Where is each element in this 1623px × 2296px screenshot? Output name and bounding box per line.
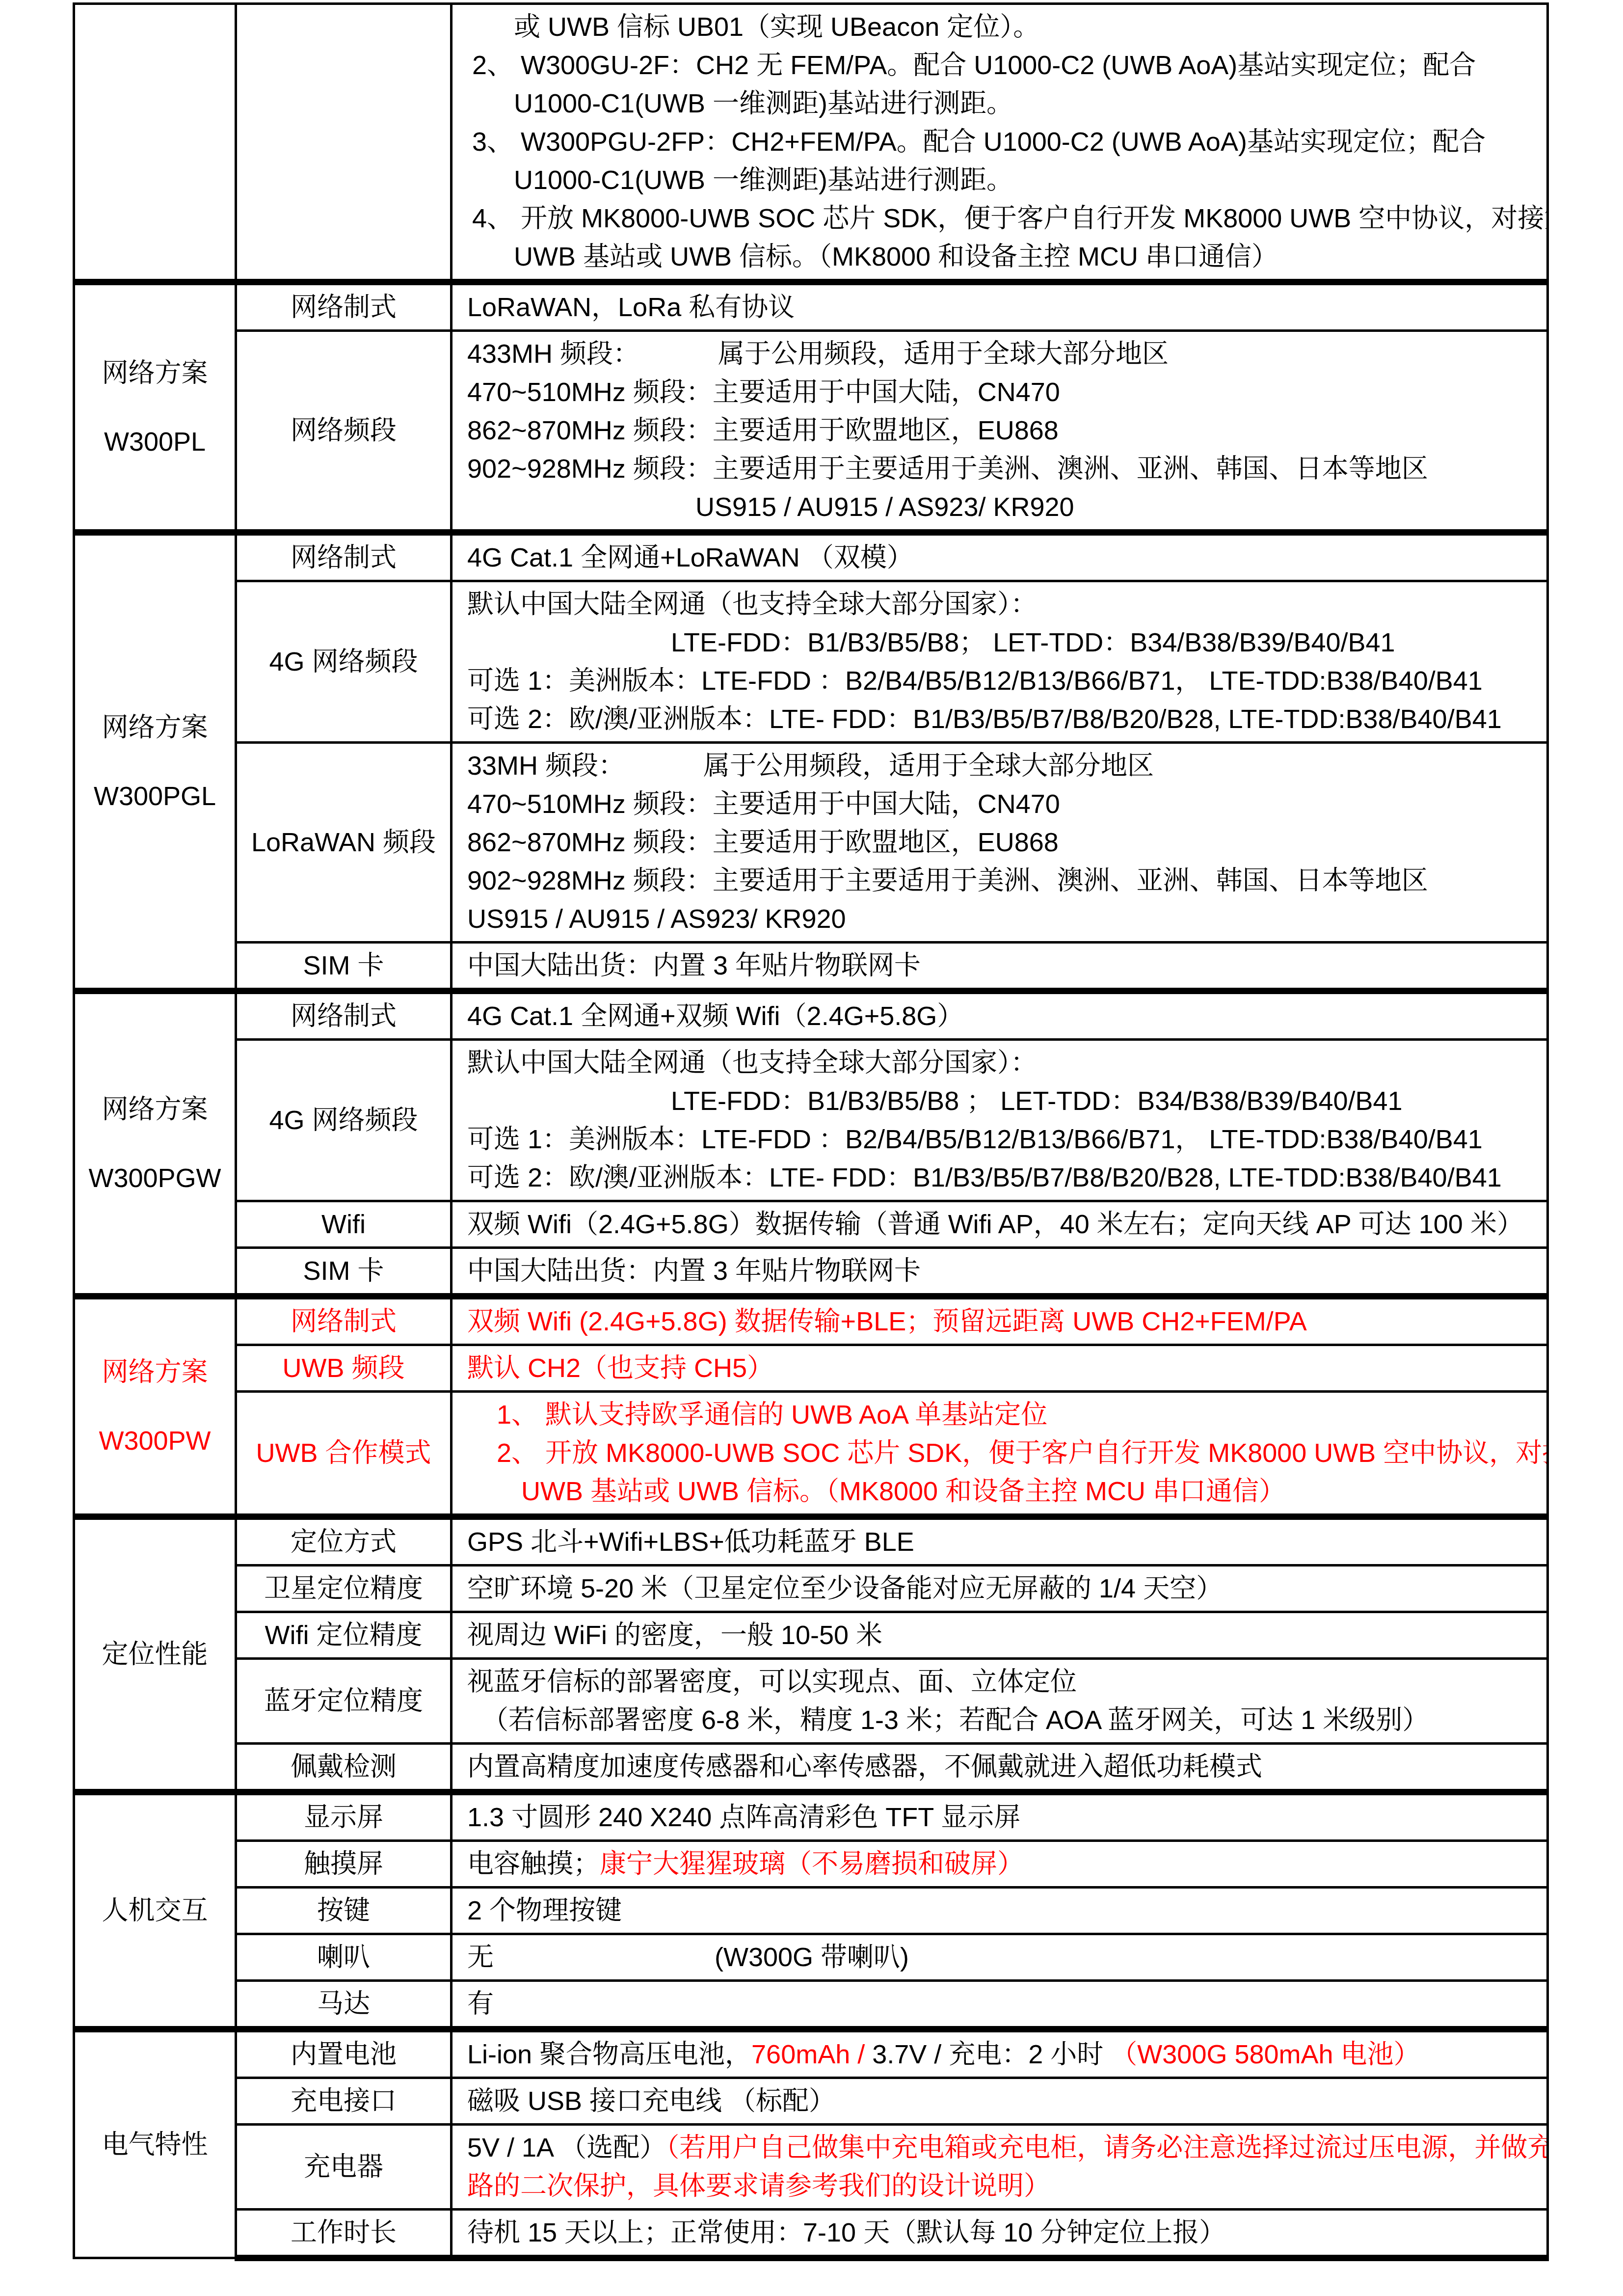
- spec-line: 862~870MHz 频段：主要适用于欧盟地区，EU868: [467, 411, 1535, 450]
- text-segment: 默认 CH2（也支持 CH5）: [467, 1353, 773, 1383]
- table-row: 定位性能定位方式GPS 北斗+Wifi+LBS+低功耗蓝牙 BLE: [74, 1517, 1548, 1566]
- category-label: 电气特性: [78, 2126, 232, 2164]
- text-segment: 有: [467, 1989, 494, 2019]
- spec-label: 网络制式: [236, 533, 452, 581]
- text-segment: U1000-C1(UWB 一维测距)基站进行测距。: [514, 165, 1013, 195]
- text-segment: LoRaWAN，LoRa 私有协议: [467, 293, 795, 322]
- text-segment: U1000-C1(UWB 一维测距)基站进行测距。: [514, 89, 1013, 118]
- table-row: SIM 卡中国大陆出货：内置 3 年贴片物联网卡: [74, 943, 1548, 991]
- spec-value: 待机 15 天以上；正常使用：7-10 天（默认每 10 分钟定位上报）: [452, 2210, 1548, 2258]
- table-row: 佩戴检测内置高精度加速度传感器和心率传感器，不佩戴就进入超低功耗模式: [74, 1744, 1548, 1792]
- spec-line: （若信标部署密度 6-8 米，精度 1-3 米；若配合 AOA 蓝牙网关，可达 …: [467, 1701, 1535, 1739]
- spec-line: 862~870MHz 频段：主要适用于欧盟地区，EU868: [467, 823, 1535, 862]
- spec-line: US915 / AU915 / AS923/ KR920: [467, 488, 1535, 526]
- spec-value: 1.3 寸圆形 240 X240 点阵高清彩色 TFT 显示屏: [452, 1792, 1548, 1841]
- text-segment: US915 / AU915 / AS923/ KR920: [467, 904, 846, 934]
- table-row: 按键2 个物理按键: [74, 1888, 1548, 1934]
- spec-value: 双频 Wifi (2.4G+5.8G) 数据传输+BLE；预留远距离 UWB C…: [452, 1297, 1548, 1345]
- category-label: W300PL: [78, 423, 232, 461]
- spec-label: [236, 4, 452, 282]
- table-row: 工作时长待机 15 天以上；正常使用：7-10 天（默认每 10 分钟定位上报）: [74, 2210, 1548, 2258]
- table-row: Wifi 定位精度视周边 WiFi 的密度，一般 10-50 米: [74, 1612, 1548, 1659]
- table-row: 网络方案W300PL网络制式LoRaWAN，LoRa 私有协议: [74, 282, 1548, 331]
- spec-line: 33MH 频段：属于公用频段，适用于全球大部分地区: [467, 747, 1535, 785]
- spec-value: 或 UWB 信标 UB01（实现 UBeacon 定位）。2、 W300GU-2…: [452, 4, 1548, 282]
- text-segment: 470~510MHz 频段：主要适用于中国大陆，CN470: [467, 378, 1060, 407]
- table-row: UWB 频段默认 CH2（也支持 CH5）: [74, 1345, 1548, 1392]
- text-segment: 视蓝牙信标的部署密度，可以实现点、面、立体定位: [467, 1667, 1077, 1697]
- spec-line: 中国大陆出货：内置 3 年贴片物联网卡: [467, 1252, 1535, 1290]
- text-segment: （W300G 580mAh 电池）: [1111, 2040, 1420, 2069]
- spec-label: 定位方式: [236, 1517, 452, 1566]
- spec-line: 902~928MHz 频段：主要适用于主要适用于美洲、澳洲、亚洲、韩国、日本等地…: [467, 862, 1535, 900]
- spec-table-body: 或 UWB 信标 UB01（实现 UBeacon 定位）。2、 W300GU-2…: [74, 4, 1548, 2258]
- spec-label: LoRaWAN 频段: [236, 743, 452, 943]
- spec-value: 磁吸 USB 接口充电线 （标配）: [452, 2078, 1548, 2125]
- table-row: 4G 网络频段默认中国大陆全网通（也支持全球大部分国家）：LTE-FDD：B1/…: [74, 1040, 1548, 1201]
- spec-value: 默认中国大陆全网通（也支持全球大部分国家）：LTE-FDD：B1/B3/B5/B…: [452, 1040, 1548, 1201]
- document-page: 或 UWB 信标 UB01（实现 UBeacon 定位）。2、 W300GU-2…: [0, 0, 1623, 2296]
- category-cell-w300pgl: 网络方案W300PGL: [74, 533, 236, 991]
- text-segment: LTE-FDD：B1/B3/B5/B8； LET-TDD：B34/B38/B39…: [671, 628, 1395, 657]
- spec-line: 默认 CH2（也支持 CH5）: [467, 1349, 1535, 1387]
- spec-label: 4G 网络频段: [236, 581, 452, 743]
- spec-line: UWB 基站或 UWB 信标。（MK8000 和设备主控 MCU 串口通信）: [467, 238, 1535, 276]
- spec-value: 1、 默认支持欧孚通信的 UWB AoA 单基站定位2、 开放 MK8000-U…: [452, 1392, 1548, 1517]
- text-segment: 2 个物理按键: [467, 1896, 622, 1925]
- text-segment: 可选 2：欧/澳/亚洲版本：LTE- FDD：B1/B3/B5/B7/B8/B2…: [467, 704, 1502, 734]
- text-segment: 中国大陆出货：内置 3 年贴片物联网卡: [467, 951, 921, 980]
- spec-label: 网络制式: [236, 991, 452, 1040]
- text-segment: Li-ion 聚合物高压电池，: [467, 2040, 751, 2069]
- category-label: 定位性能: [78, 1635, 232, 1674]
- text-segment: 4G Cat.1 全网通+LoRaWAN （双模）: [467, 543, 913, 572]
- spec-line: 有: [467, 1985, 1535, 2023]
- text-segment: US915 / AU915 / AS923/ KR920: [695, 492, 1074, 522]
- spec-line: GPS 北斗+Wifi+LBS+低功耗蓝牙 BLE: [467, 1523, 1535, 1561]
- spec-line: 默认中国大陆全网通（也支持全球大部分国家）：: [467, 1044, 1535, 1082]
- text-segment: 470~510MHz 频段：主要适用于中国大陆，CN470: [467, 789, 1060, 819]
- spec-line: U1000-C1(UWB 一维测距)基站进行测距。: [467, 84, 1535, 123]
- spec-line: 视蓝牙信标的部署密度，可以实现点、面、立体定位: [467, 1663, 1535, 1701]
- spec-value: 视蓝牙信标的部署密度，可以实现点、面、立体定位（若信标部署密度 6-8 米，精度…: [452, 1659, 1548, 1744]
- table-row: 触摸屏电容触摸；康宁大猩猩玻璃（不易磨损和破屏）: [74, 1841, 1548, 1888]
- text-segment: 或 UWB 信标 UB01（实现 UBeacon 定位）。: [514, 12, 1039, 42]
- category-label: 人机交互: [78, 1891, 232, 1930]
- text-segment: 无: [467, 1943, 494, 1972]
- spec-label: 触摸屏: [236, 1841, 452, 1888]
- table-row: 充电器5V / 1A （选配）（若用户自己做集中充电箱或充电柜，请务必注意选择过…: [74, 2125, 1548, 2210]
- spec-line: 电容触摸；康宁大猩猩玻璃（不易磨损和破屏）: [467, 1845, 1535, 1883]
- spec-label: Wifi 定位精度: [236, 1612, 452, 1659]
- table-row: Wifi双频 Wifi（2.4G+5.8G）数据传输（普通 Wifi AP，40…: [74, 1201, 1548, 1248]
- table-row: 马达有: [74, 1981, 1548, 2029]
- spec-value: LoRaWAN，LoRa 私有协议: [452, 282, 1548, 331]
- spec-label: 网络制式: [236, 282, 452, 331]
- table-row: 网络方案W300PGW网络制式4G Cat.1 全网通+双频 Wifi（2.4G…: [74, 991, 1548, 1040]
- spec-value: 中国大陆出货：内置 3 年贴片物联网卡: [452, 1248, 1548, 1297]
- text-segment: 康宁大猩猩玻璃（不易磨损和破屏）: [600, 1849, 1024, 1879]
- table-row: 人机交互显示屏1.3 寸圆形 240 X240 点阵高清彩色 TFT 显示屏: [74, 1792, 1548, 1841]
- spec-table: 或 UWB 信标 UB01（实现 UBeacon 定位）。2、 W300GU-2…: [73, 2, 1549, 2261]
- spec-line: 或 UWB 信标 UB01（实现 UBeacon 定位）。: [467, 8, 1535, 46]
- text-segment: UWB 基站或 UWB 信标。（MK8000 和设备主控 MCU 串口通信）: [514, 242, 1278, 271]
- spec-value: 4G Cat.1 全网通+LoRaWAN （双模）: [452, 533, 1548, 581]
- table-row: 4G 网络频段默认中国大陆全网通（也支持全球大部分国家）：LTE-FDD：B1/…: [74, 581, 1548, 743]
- category-label: 网络方案: [78, 1090, 232, 1129]
- category-cell-positioning-performance: 定位性能: [74, 1517, 236, 1792]
- text-segment: 磁吸 USB 接口充电线 （标配）: [467, 2086, 835, 2116]
- text-segment: 电容触摸；: [467, 1849, 600, 1879]
- spec-line: 可选 1：美洲版本：LTE-FDD ：B2/B4/B5/B12/B13/B66/…: [467, 662, 1535, 700]
- spec-line: Li-ion 聚合物高压电池，760mAh / 3.7V / 充电：2 小时 （…: [467, 2035, 1535, 2074]
- spec-line: 可选 1：美洲版本：LTE-FDD ：B2/B4/B5/B12/B13/B66/…: [467, 1120, 1535, 1159]
- spec-line: 空旷环境 5-20 米（卫星定位至少设备能对应无屏蔽的 1/4 天空）: [467, 1569, 1535, 1608]
- text-segment: 1、 默认支持欧孚通信的 UWB AoA 单基站定位: [497, 1400, 1047, 1430]
- spec-line: 2、 开放 MK8000-UWB SOC 芯片 SDK，便于客户自行开发 MK8…: [467, 1434, 1535, 1472]
- table-row: 网络频段433MH 频段：属于公用频段，适用于全球大部分地区470~510MHz…: [74, 331, 1548, 533]
- category-label: 网络方案: [78, 1353, 232, 1391]
- spec-value: 电容触摸；康宁大猩猩玻璃（不易磨损和破屏）: [452, 1841, 1548, 1888]
- spec-line: US915 / AU915 / AS923/ KR920: [467, 900, 1535, 938]
- table-row: 网络方案W300PGL网络制式4G Cat.1 全网通+LoRaWAN （双模）: [74, 533, 1548, 581]
- spec-line: 4G Cat.1 全网通+LoRaWAN （双模）: [467, 539, 1535, 577]
- table-row: 电气特性内置电池Li-ion 聚合物高压电池，760mAh / 3.7V / 充…: [74, 2029, 1548, 2078]
- spec-label: 工作时长: [236, 2210, 452, 2258]
- text-segment: 1.3 寸圆形 240 X240 点阵高清彩色 TFT 显示屏: [467, 1803, 1020, 1832]
- table-row: SIM 卡中国大陆出货：内置 3 年贴片物联网卡: [74, 1248, 1548, 1297]
- category-label: W300PGL: [78, 777, 232, 815]
- spec-value: 内置高精度加速度传感器和心率传感器，不佩戴就进入超低功耗模式: [452, 1744, 1548, 1792]
- spec-line: 433MH 频段：属于公用频段，适用于全球大部分地区: [467, 335, 1535, 373]
- text-segment: LTE-FDD：B1/B3/B5/B8 ； LET-TDD：B34/B38/B3…: [671, 1086, 1403, 1116]
- spec-line: 2、 W300GU-2F：CH2 无 FEM/PA。配合 U1000-C2 (U…: [467, 46, 1535, 84]
- spec-label: 卫星定位精度: [236, 1566, 452, 1612]
- text-segment: （若用户自己做集中充电箱或充电柜，请务必注意选择过流过压电源，并做充电电: [666, 2133, 1547, 2162]
- spec-line: U1000-C1(UWB 一维测距)基站进行测距。: [467, 161, 1535, 199]
- text-segment: 4、 开放 MK8000-UWB SOC 芯片 SDK，便于客户自行开发 MK8…: [472, 204, 1548, 233]
- spec-line: 2 个物理按键: [467, 1891, 1535, 1930]
- text-segment: 可选 2：欧/澳/亚洲版本：LTE- FDD：B1/B3/B5/B7/B8/B2…: [467, 1163, 1502, 1192]
- text-segment: 路的二次保护，具体要求请参考我们的设计说明）: [467, 2171, 1050, 2201]
- spec-value: 有: [452, 1981, 1548, 2029]
- spec-line: 902~928MHz 频段：主要适用于主要适用于美洲、澳洲、亚洲、韩国、日本等地…: [467, 450, 1535, 488]
- spec-label: 4G 网络频段: [236, 1040, 452, 1201]
- spec-line: 3、 W300PGU-2FP：CH2+FEM/PA。配合 U1000-C2 (U…: [467, 123, 1535, 161]
- spec-line: LTE-FDD：B1/B3/B5/B8 ； LET-TDD：B34/B38/B3…: [467, 1082, 1535, 1120]
- spec-value: 无(W300G 带喇叭): [452, 1934, 1548, 1981]
- text-segment: 默认中国大陆全网通（也支持全球大部分国家）：: [467, 1048, 1037, 1078]
- spec-label: 显示屏: [236, 1792, 452, 1841]
- category-label: 网络方案: [78, 354, 232, 392]
- text-segment: (W300G 带喇叭): [715, 1943, 909, 1972]
- table-row: 喇叭无(W300G 带喇叭): [74, 1934, 1548, 1981]
- spec-value: GPS 北斗+Wifi+LBS+低功耗蓝牙 BLE: [452, 1517, 1548, 1566]
- table-row: 或 UWB 信标 UB01（实现 UBeacon 定位）。2、 W300GU-2…: [74, 4, 1548, 282]
- text-segment: 433MH 频段：: [467, 339, 639, 369]
- text-segment: 中国大陆出货：内置 3 年贴片物联网卡: [467, 1256, 921, 1286]
- table-row: 蓝牙定位精度视蓝牙信标的部署密度，可以实现点、面、立体定位（若信标部署密度 6-…: [74, 1659, 1548, 1744]
- spec-value: 默认 CH2（也支持 CH5）: [452, 1345, 1548, 1392]
- table-row: 充电接口磁吸 USB 接口充电线 （标配）: [74, 2078, 1548, 2125]
- spec-line: 无(W300G 带喇叭): [467, 1938, 1535, 1976]
- spec-line: 待机 15 天以上；正常使用：7-10 天（默认每 10 分钟定位上报）: [467, 2214, 1535, 2252]
- spec-label: SIM 卡: [236, 1248, 452, 1297]
- spec-line: 视周边 WiFi 的密度，一般 10-50 米: [467, 1616, 1535, 1654]
- text-segment: 902~928MHz 频段：主要适用于主要适用于美洲、澳洲、亚洲、韩国、日本等地…: [467, 454, 1428, 484]
- text-segment: 4G Cat.1 全网通+双频 Wifi（2.4G+5.8G）: [467, 1001, 963, 1031]
- spec-line: 5V / 1A （选配）（若用户自己做集中充电箱或充电柜，请务必注意选择过流过压…: [467, 2129, 1535, 2167]
- text-segment: （若信标部署密度 6-8 米，精度 1-3 米；若配合 AOA 蓝牙网关，可达 …: [482, 1705, 1429, 1735]
- table-row: 卫星定位精度空旷环境 5-20 米（卫星定位至少设备能对应无屏蔽的 1/4 天空…: [74, 1566, 1548, 1612]
- text-segment: 默认中国大陆全网通（也支持全球大部分国家）：: [467, 590, 1037, 619]
- table-row: UWB 合作模式1、 默认支持欧孚通信的 UWB AoA 单基站定位2、 开放 …: [74, 1392, 1548, 1517]
- spec-label: 喇叭: [236, 1934, 452, 1981]
- category-cell-human-machine-interaction: 人机交互: [74, 1792, 236, 2029]
- text-segment: 双频 Wifi（2.4G+5.8G）数据传输（普通 Wifi AP，40 米左右…: [467, 1210, 1523, 1239]
- spec-label: 蓝牙定位精度: [236, 1659, 452, 1744]
- text-segment: 可选 1：美洲版本：LTE-FDD ：B2/B4/B5/B12/B13/B66/…: [467, 1125, 1483, 1154]
- category-cell-w300pl: 网络方案W300PL: [74, 282, 236, 533]
- spec-line: 4G Cat.1 全网通+双频 Wifi（2.4G+5.8G）: [467, 997, 1535, 1035]
- spec-line: UWB 基站或 UWB 信标。（MK8000 和设备主控 MCU 串口通信）: [467, 1472, 1535, 1511]
- category-label: W300PW: [78, 1422, 232, 1460]
- text-segment: 33MH 频段：: [467, 751, 625, 781]
- spec-value: 视周边 WiFi 的密度，一般 10-50 米: [452, 1612, 1548, 1659]
- spec-line: 1、 默认支持欧孚通信的 UWB AoA 单基站定位: [467, 1396, 1535, 1434]
- spec-line: 1.3 寸圆形 240 X240 点阵高清彩色 TFT 显示屏: [467, 1798, 1535, 1837]
- category-cell-w300pw: 网络方案W300PW: [74, 1297, 236, 1517]
- text-segment: 5V / 1A （选配）: [467, 2133, 666, 2162]
- category-label: W300PGW: [78, 1159, 232, 1197]
- spec-line: LTE-FDD：B1/B3/B5/B8； LET-TDD：B34/B38/B39…: [467, 623, 1535, 662]
- spec-line: 双频 Wifi (2.4G+5.8G) 数据传输+BLE；预留远距离 UWB C…: [467, 1302, 1535, 1341]
- spec-label: Wifi: [236, 1201, 452, 1248]
- spec-label: UWB 频段: [236, 1345, 452, 1392]
- spec-label: 马达: [236, 1981, 452, 2029]
- text-segment: 3.7V / 充电：2 小时: [872, 2040, 1111, 2069]
- text-segment: 2、 开放 MK8000-UWB SOC 芯片 SDK，便于客户自行开发 MK8…: [497, 1438, 1548, 1468]
- text-segment: 862~870MHz 频段：主要适用于欧盟地区，EU868: [467, 416, 1059, 445]
- category-cell-w300pgw: 网络方案W300PGW: [74, 991, 236, 1297]
- category-cell-electrical-characteristics: 电气特性: [74, 2029, 236, 2258]
- category-cell-uwb-mode-continued: [74, 4, 236, 282]
- spec-value: 5V / 1A （选配）（若用户自己做集中充电箱或充电柜，请务必注意选择过流过压…: [452, 2125, 1548, 2210]
- spec-label: 充电接口: [236, 2078, 452, 2125]
- text-segment: GPS 北斗+Wifi+LBS+低功耗蓝牙 BLE: [467, 1527, 914, 1557]
- spec-line: 默认中国大陆全网通（也支持全球大部分国家）：: [467, 585, 1535, 623]
- spec-line: 中国大陆出货：内置 3 年贴片物联网卡: [467, 946, 1535, 985]
- spec-line: 内置高精度加速度传感器和心率传感器，不佩戴就进入超低功耗模式: [467, 1748, 1535, 1786]
- spec-line: 470~510MHz 频段：主要适用于中国大陆，CN470: [467, 785, 1535, 823]
- category-label: 网络方案: [78, 708, 232, 747]
- text-segment: 可选 1：美洲版本：LTE-FDD ：B2/B4/B5/B12/B13/B66/…: [467, 666, 1483, 696]
- spec-label: 网络制式: [236, 1297, 452, 1345]
- text-segment: UWB 基站或 UWB 信标。（MK8000 和设备主控 MCU 串口通信）: [521, 1477, 1285, 1506]
- spec-label: SIM 卡: [236, 943, 452, 991]
- spec-label: 按键: [236, 1888, 452, 1934]
- spec-label: 网络频段: [236, 331, 452, 533]
- text-segment: 待机 15 天以上；正常使用：7-10 天（默认每 10 分钟定位上报）: [467, 2218, 1225, 2247]
- spec-value: 433MH 频段：属于公用频段，适用于全球大部分地区470~510MHz 频段：…: [452, 331, 1548, 533]
- spec-value: 33MH 频段：属于公用频段，适用于全球大部分地区470~510MHz 频段：主…: [452, 743, 1548, 943]
- spec-line: 可选 2：欧/澳/亚洲版本：LTE- FDD：B1/B3/B5/B7/B8/B2…: [467, 1159, 1535, 1197]
- spec-value: 2 个物理按键: [452, 1888, 1548, 1934]
- text-segment: 902~928MHz 频段：主要适用于主要适用于美洲、澳洲、亚洲、韩国、日本等地…: [467, 866, 1428, 895]
- text-segment: 862~870MHz 频段：主要适用于欧盟地区，EU868: [467, 828, 1059, 857]
- spec-line: 可选 2：欧/澳/亚洲版本：LTE- FDD：B1/B3/B5/B7/B8/B2…: [467, 700, 1535, 738]
- spec-value: 中国大陆出货：内置 3 年贴片物联网卡: [452, 943, 1548, 991]
- table-row: LoRaWAN 频段33MH 频段：属于公用频段，适用于全球大部分地区470~5…: [74, 743, 1548, 943]
- spec-line: LoRaWAN，LoRa 私有协议: [467, 288, 1535, 326]
- text-segment: 属于公用频段，适用于全球大部分地区: [703, 751, 1154, 781]
- text-segment: 属于公用频段，适用于全球大部分地区: [718, 339, 1169, 369]
- spec-line: 磁吸 USB 接口充电线 （标配）: [467, 2082, 1535, 2120]
- text-segment: 视周边 WiFi 的密度，一般 10-50 米: [467, 1621, 882, 1650]
- spec-line: 470~510MHz 频段：主要适用于中国大陆，CN470: [467, 373, 1535, 411]
- spec-line: 双频 Wifi（2.4G+5.8G）数据传输（普通 Wifi AP，40 米左右…: [467, 1205, 1535, 1243]
- text-segment: 空旷环境 5-20 米（卫星定位至少设备能对应无屏蔽的 1/4 天空）: [467, 1574, 1223, 1603]
- spec-value: 默认中国大陆全网通（也支持全球大部分国家）：LTE-FDD：B1/B3/B5/B…: [452, 581, 1548, 743]
- spec-value: 4G Cat.1 全网通+双频 Wifi（2.4G+5.8G）: [452, 991, 1548, 1040]
- spec-value: Li-ion 聚合物高压电池，760mAh / 3.7V / 充电：2 小时 （…: [452, 2029, 1548, 2078]
- spec-label: 内置电池: [236, 2029, 452, 2078]
- spec-value: 空旷环境 5-20 米（卫星定位至少设备能对应无屏蔽的 1/4 天空）: [452, 1566, 1548, 1612]
- spec-line: 路的二次保护，具体要求请参考我们的设计说明）: [467, 2167, 1535, 2205]
- text-segment: 双频 Wifi (2.4G+5.8G) 数据传输+BLE；预留远距离 UWB C…: [467, 1307, 1307, 1336]
- text-segment: 内置高精度加速度传感器和心率传感器，不佩戴就进入超低功耗模式: [467, 1752, 1262, 1782]
- text-segment: 3、 W300PGU-2FP：CH2+FEM/PA。配合 U1000-C2 (U…: [472, 127, 1486, 157]
- table-row: 网络方案W300PW网络制式双频 Wifi (2.4G+5.8G) 数据传输+B…: [74, 1297, 1548, 1345]
- spec-label: UWB 合作模式: [236, 1392, 452, 1517]
- text-segment: 2、 W300GU-2F：CH2 无 FEM/PA。配合 U1000-C2 (U…: [472, 51, 1476, 80]
- text-segment: 760mAh /: [751, 2040, 872, 2069]
- spec-label: 佩戴检测: [236, 1744, 452, 1792]
- spec-label: 充电器: [236, 2125, 452, 2210]
- spec-line: 4、 开放 MK8000-UWB SOC 芯片 SDK，便于客户自行开发 MK8…: [467, 199, 1535, 238]
- spec-value: 双频 Wifi（2.4G+5.8G）数据传输（普通 Wifi AP，40 米左右…: [452, 1201, 1548, 1248]
